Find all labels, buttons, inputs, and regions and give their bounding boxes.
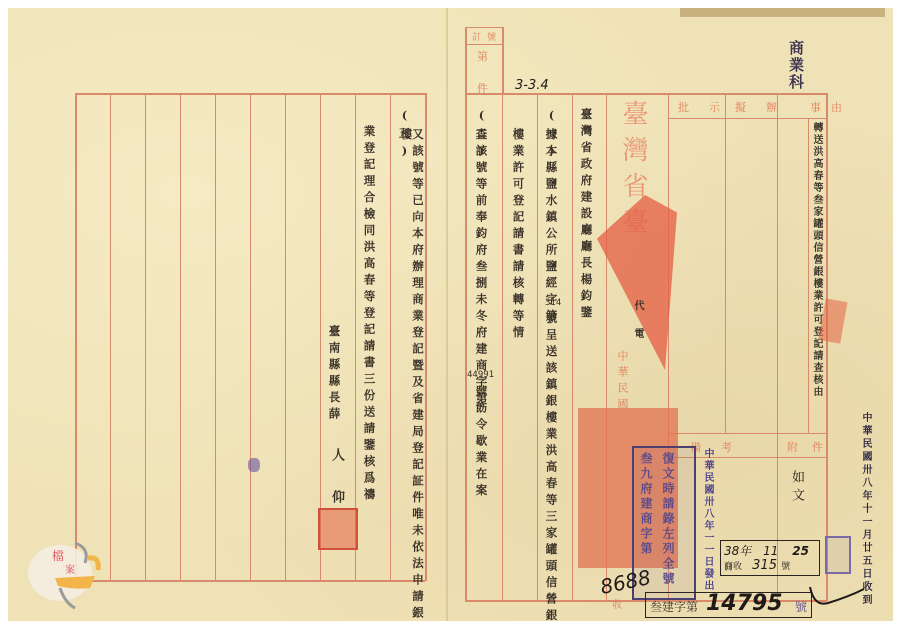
section-stamp: 商業科 <box>788 40 803 91</box>
center-fold <box>446 8 448 621</box>
item1-col2: 樓業許可登記請書請核轉等情 <box>512 128 524 343</box>
file-number-handwritten: 3-3.4 <box>515 78 549 93</box>
label-ding: 訂 <box>472 30 481 43</box>
small-purple-stamp <box>825 536 851 574</box>
label-hao: 號 <box>487 30 496 43</box>
svg-text:案: 案 <box>65 563 75 576</box>
header-matter: 事由 <box>810 99 852 115</box>
signer-name-end: 仰 <box>330 490 343 508</box>
item2-text: 查該號等前奉鈞府叁捌未冬府建商字第 <box>475 128 487 409</box>
item2-number: 44991 <box>467 370 494 380</box>
registration-box: 38年 11 25 日 商收 315 號 <box>720 540 820 576</box>
construction-suffix: 號 <box>795 598 807 615</box>
reg-year: 38年 <box>724 544 751 558</box>
reg-number: 315 <box>752 558 777 573</box>
item1-text-cont: 號呈送該鎮銀樓業洪高春等三家罐頭信營銀 <box>545 312 557 626</box>
handwritten-flourish <box>808 585 868 615</box>
reg-month: 11 <box>763 544 778 558</box>
label-di: 第 <box>477 48 488 64</box>
reg-number-label: 號 <box>781 562 790 572</box>
reg-number-prefix: 商收 <box>724 562 742 572</box>
addressee: 臺灣省政府建設廳廳長楊鈞鑒 <box>580 108 592 323</box>
attachment-text: 如文 <box>790 470 803 506</box>
received-label: 收 <box>612 596 622 611</box>
header-instruction: 批示 <box>678 99 740 115</box>
item2-text-cont: 號飭令歇業在案 <box>475 385 487 501</box>
received-date-note: 中華民國卅八年十一月廿五日收到 <box>860 412 870 607</box>
reply-stamp-text1: 復文時請錄左列全號 <box>662 452 674 587</box>
matter-text: 轉送洪高春等叁家罐頭信營銀樓業許可登記請查核由 <box>811 122 821 398</box>
county-magistrate-seal <box>318 508 358 550</box>
header-remarks: 備考 <box>690 439 752 455</box>
signer-name-mid: 人 <box>330 448 343 466</box>
item3-text-col2: 業登記理合檢同洪高春等登記請書三份送請鑒核爲禱 <box>363 125 375 505</box>
purple-date-stamp: 中華民國卅八年一一日發出 <box>702 448 712 592</box>
reply-stamp-text2: 叁九府建商字第 <box>640 452 652 557</box>
archive-watermark-logo: 檔 案 <box>20 528 115 613</box>
reg-day: 25 <box>792 544 809 558</box>
item1-text: 據本縣鹽水鎮公所鹽經字第 <box>545 128 557 326</box>
construction-number: 14795 <box>706 591 783 616</box>
header-attachment: 附件 <box>787 439 837 455</box>
archive-tape-strip <box>680 8 885 17</box>
title-seal-label: 代電 <box>632 300 642 356</box>
svg-text:檔: 檔 <box>52 548 64 563</box>
construction-number-box: 叁建字第 14795 號 <box>645 592 812 618</box>
header-proposal: 擬辦 <box>735 99 797 115</box>
signer-office: 臺南縣縣長薛 <box>328 325 340 424</box>
item3-text: 又該號等已向本府辦理商業登記暨及省建局登記証件唯未依法申請銀樓 <box>400 128 423 629</box>
ink-stain <box>248 458 260 472</box>
construction-prefix: 叁建字第 <box>650 598 698 615</box>
item1-number: 314 <box>545 298 561 308</box>
date-label-red: 中華民國 <box>617 350 628 414</box>
